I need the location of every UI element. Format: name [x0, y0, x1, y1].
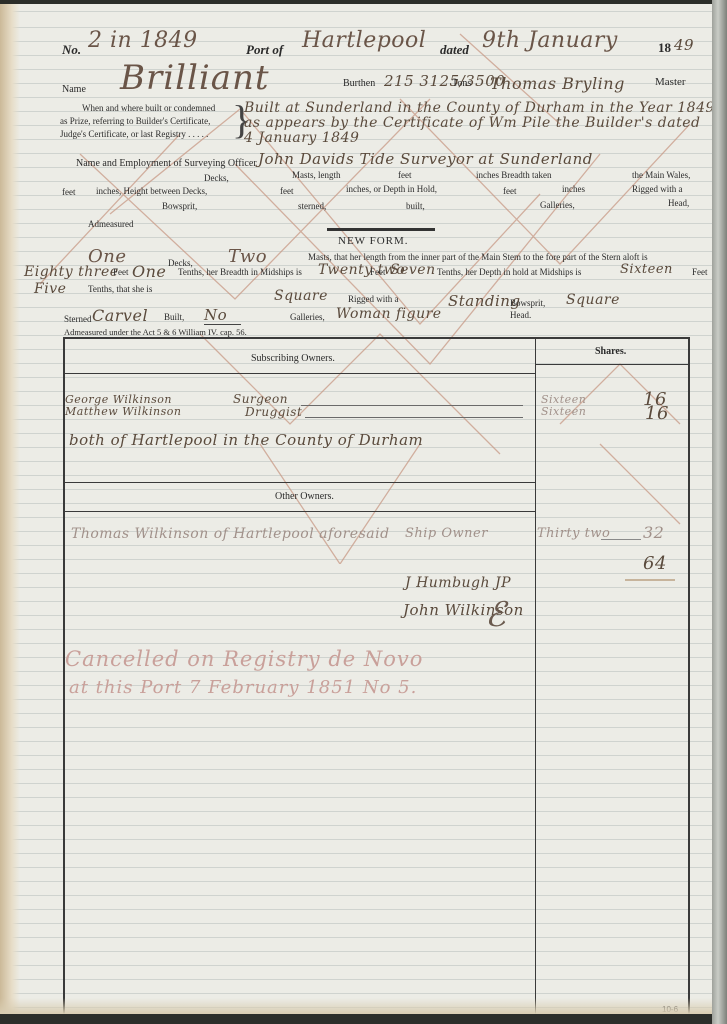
- subscribing-owners-header: Subscribing Owners.: [251, 353, 335, 364]
- depth-text: Tenths, her Depth in hold at Midships is: [437, 267, 581, 277]
- fill-line: [301, 405, 523, 406]
- built-value-line: 4 January 1849: [244, 130, 359, 146]
- other-owner-occupation: Ship Owner: [405, 526, 488, 541]
- rig-value: Square: [274, 288, 328, 304]
- shares-count: 16: [645, 403, 669, 424]
- master-name: Thomas Bryling: [490, 74, 625, 93]
- old-form-label: feet: [280, 186, 294, 196]
- shares-words: Thirty two: [537, 526, 610, 541]
- built-label-new: Built,: [164, 312, 184, 322]
- new-form-title: NEW FORM.: [338, 235, 409, 247]
- burthen-label: Burthen: [343, 78, 375, 89]
- owners-residence: both of Hartlepool in the County of Durh…: [69, 431, 423, 449]
- feet-label: Feet: [370, 267, 386, 277]
- no-label: No.: [62, 42, 81, 58]
- depth-tenths-value: Five: [34, 281, 66, 297]
- owner-name: Matthew Wilkinson: [65, 405, 181, 418]
- rigged-label: Rigged with a: [348, 294, 399, 304]
- port-label: Port of: [246, 42, 283, 58]
- owner-occupation: Druggist: [245, 405, 302, 419]
- vessel-name: Brilliant: [120, 58, 270, 98]
- bowsprit-label: Bowsprit,: [510, 298, 545, 308]
- owners-table: Subscribing Owners. Shares. George Wilki…: [63, 337, 690, 1014]
- surveying-label: Name and Employment of Surveying Officer: [76, 158, 257, 169]
- year-written: 49: [674, 36, 694, 54]
- old-form-label: sterned,: [298, 201, 326, 211]
- feet-label: Feet: [692, 267, 708, 277]
- registry-number: 2 in 1849: [88, 28, 198, 53]
- shares-words: Sixteen: [541, 405, 586, 418]
- galleries-value: Woman figure: [336, 306, 442, 322]
- bowsprit-value: Square: [566, 292, 620, 308]
- old-form-label: Head,: [668, 198, 689, 208]
- old-form-label: the Main Wales,: [632, 170, 690, 180]
- old-form-label: Galleries,: [540, 200, 575, 210]
- table-rule: [65, 482, 535, 483]
- shares-header: Shares.: [595, 346, 626, 357]
- owner-occupation: Surgeon: [233, 392, 288, 406]
- page-code: 10-6: [662, 1005, 678, 1014]
- burthen-value: 215 3125/3500: [384, 72, 505, 90]
- master-label: Master: [655, 76, 686, 88]
- length-feet-value: Eighty three: [24, 264, 119, 280]
- depth-feet-value: Sixteen: [620, 262, 673, 277]
- name-label: Name: [62, 84, 86, 95]
- length-tenths-value: One: [132, 262, 166, 281]
- table-rule: [65, 373, 535, 374]
- sterned-label: Sterned: [64, 314, 92, 324]
- breadth-text: Tenths, her Breadth in Midships is: [178, 267, 302, 277]
- length-text: Masts, that her length from the inner pa…: [308, 252, 648, 262]
- old-form-label: feet: [62, 187, 76, 197]
- old-form-label: Decks,: [204, 173, 229, 183]
- built-label-line: Judge's Certificate, or last Registry . …: [60, 129, 208, 139]
- masts-value: Two: [228, 246, 267, 267]
- dated-label: dated: [440, 42, 469, 58]
- port-value: Hartlepool: [302, 28, 426, 53]
- dated-value: 9th January: [482, 28, 618, 53]
- built-value-line: as appears by the Certificate of Wm Pile…: [244, 115, 700, 131]
- old-form-label: Masts, length: [292, 170, 341, 180]
- book-spine: [712, 0, 727, 1024]
- shares-column-divider: [535, 339, 536, 1014]
- old-form-label: built,: [406, 201, 425, 211]
- old-form-label: Bowsprit,: [162, 201, 197, 211]
- old-form-label: inches Breadth taken: [476, 170, 551, 180]
- sterned-value: Carvel: [92, 306, 148, 325]
- old-form-label: Admeasured: [88, 219, 133, 229]
- signature-line-1: J Humbugh JP: [405, 575, 511, 591]
- register-page: No. 2 in 1849 Port of Hartlepool dated 9…: [0, 4, 712, 1014]
- old-form-label: inches, Height between Decks,: [96, 186, 207, 196]
- built-label-line: as Prize, referring to Builder's Certifi…: [60, 116, 210, 126]
- cancellation-line-1: Cancelled on Registry de Novo: [65, 647, 423, 671]
- total-underline: [625, 579, 675, 581]
- head-label: Head.: [510, 310, 531, 320]
- fill-line: [305, 417, 523, 418]
- shares-count: 32: [643, 523, 664, 542]
- built-value-new: No: [204, 306, 241, 325]
- table-rule: [65, 511, 535, 512]
- other-owner-name: Thomas Wilkinson of Hartlepool aforesaid: [71, 526, 390, 542]
- year-printed: 18: [658, 40, 671, 56]
- built-value-line: Built at Sunderland in the County of Dur…: [244, 100, 712, 116]
- old-form-label: inches, or Depth in Hold,: [346, 184, 437, 194]
- act-text: Admeasured under the Act 5 & 6 William I…: [64, 327, 247, 337]
- table-rule: [535, 364, 688, 365]
- cancellation-line-2: at this Port 7 February 1851 No 5.: [69, 677, 417, 698]
- other-owners-header: Other Owners.: [275, 491, 334, 502]
- divider-rule: [327, 228, 435, 231]
- old-form-label: Rigged with a: [632, 184, 683, 194]
- fill-line: [601, 539, 641, 540]
- surveying-value: John Davids Tide Surveyor at Sunderland: [258, 150, 593, 168]
- old-form-label: inches: [562, 184, 585, 194]
- old-form-label: feet: [398, 170, 412, 180]
- old-form-label: feet: [503, 186, 517, 196]
- feet-label: Feet: [113, 267, 129, 277]
- galleries-label: Galleries,: [290, 312, 325, 322]
- built-label-line: When and where built or condemned: [82, 103, 215, 113]
- tons-label: Tons: [452, 78, 471, 89]
- signature-flourish: ℰ: [485, 595, 506, 635]
- tenths-she-is: Tenths, that she is: [88, 284, 152, 294]
- breadth-tenths-value: Seven: [390, 262, 436, 278]
- total-shares: 64: [643, 553, 667, 574]
